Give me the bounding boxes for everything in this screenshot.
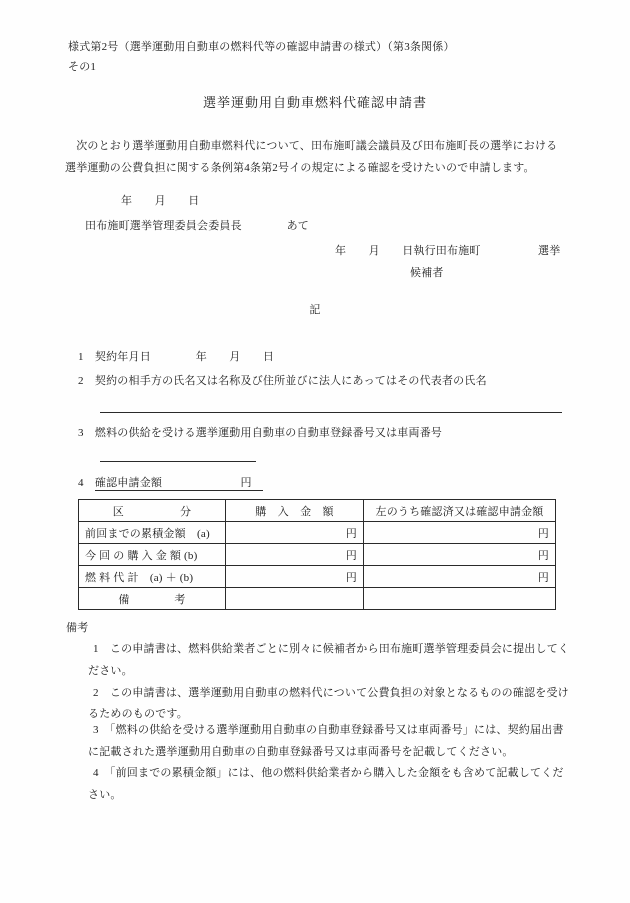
intro-paragraph-line-2: 選挙運動の公費負担に関する条例第4条第2号イの規定による確認を受けたいので申請し… <box>65 162 535 174</box>
note-2-line-1: 2 この申請書は、選挙運動用自動車の燃料代について公費負担の対象となるものの確認… <box>93 687 569 699</box>
note-2-line-2: るためのものです。 <box>88 708 188 720</box>
row-label-fuel-total: 燃 料 代 計 (a) ＋ (b) <box>79 566 226 588</box>
record-marker: 記 <box>0 304 630 316</box>
cell-yen: 円 <box>364 544 556 566</box>
election-suffix-label: 選挙 <box>538 245 560 257</box>
cell-yen: 円 <box>364 566 556 588</box>
notes-heading: 備考 <box>66 622 88 634</box>
item4-number: 4 <box>78 477 95 489</box>
item-vehicle-number: 3 燃料の供給を受ける選挙運動用自動車の自動車登録番号又は車両番号 <box>78 427 442 439</box>
intro-paragraph-line-1: 次のとおり選挙運動用自動車燃料代について、田布施町議会議員及び田布施町長の選挙に… <box>65 140 557 152</box>
header-purchase-amount: 購 入 金 額 <box>226 500 364 522</box>
note-1-line-1: 1 この申請書は、燃料供給業者ごとに別々に候補者から田布施町選挙管理委員会に提出… <box>93 643 569 655</box>
table-row: 前回までの累積金額 (a) 円 円 <box>79 522 556 544</box>
row-label-remarks: 備 考 <box>79 588 226 610</box>
addressee-line: 田布施町選挙管理委員会委員長 あて <box>85 220 309 232</box>
form-part-line: その1 <box>68 61 96 73</box>
item-contract-date: 1 契約年月日 年 月 日 <box>78 351 274 363</box>
row-label-current-purchase: 今 回 の 購 入 金 額 (b) <box>79 544 226 566</box>
item4-amount-field: 確認申請金額 円 <box>95 477 263 491</box>
cell-yen: 円 <box>226 522 364 544</box>
item3-answer-line <box>100 461 256 462</box>
item-contract-party: 2 契約の相手方の氏名又は名称及び住所並びに法人にあってはその代表者の氏名 <box>78 375 487 387</box>
note-3-line-1: 3 「燃料の供給を受ける選挙運動用自動車の自動車登録番号又は車両番号」には、契約… <box>93 724 564 736</box>
note-1-line-2: ださい。 <box>88 665 133 677</box>
document-title: 選挙運動用自動車燃料代確認申請書 <box>0 97 630 109</box>
cell-empty <box>226 588 364 610</box>
cell-yen: 円 <box>226 544 364 566</box>
form-number-line: 様式第2号（選挙運動用自動車の燃料代等の確認申請書の様式）（第3条関係） <box>68 41 455 53</box>
application-date-blank: 年 月 日 <box>121 195 199 207</box>
item-confirmation-amount: 4 確認申請金額 円 <box>78 477 263 489</box>
cell-yen: 円 <box>226 566 364 588</box>
item2-answer-line <box>100 412 562 413</box>
cell-empty <box>364 588 556 610</box>
table-row: 今 回 の 購 入 金 額 (b) 円 円 <box>79 544 556 566</box>
table-header-row: 区 分 購 入 金 額 左のうち確認済又は確認申請金額 <box>79 500 556 522</box>
header-category: 区 分 <box>79 500 226 522</box>
election-date-line: 年 月 日執行田布施町 <box>335 245 481 257</box>
note-4-line-1: 4 「前回までの累積金額」には、他の燃料供給業者から購入した金額をも含めて記載し… <box>93 767 564 779</box>
table-remarks-row: 備 考 <box>79 588 556 610</box>
fuel-cost-table: 区 分 購 入 金 額 左のうち確認済又は確認申請金額 前回までの累積金額 (a… <box>78 499 556 610</box>
note-3-line-2: に記載された選挙運動用自動車の自動車登録番号又は車両番号を記載してください。 <box>88 746 514 758</box>
note-4-line-2: さい。 <box>88 789 122 801</box>
header-confirmed-amount: 左のうち確認済又は確認申請金額 <box>364 500 556 522</box>
candidate-label: 候補者 <box>410 267 444 279</box>
cell-yen: 円 <box>364 522 556 544</box>
row-label-previous-total: 前回までの累積金額 (a) <box>79 522 226 544</box>
form-document-page: 様式第2号（選挙運動用自動車の燃料代等の確認申請書の様式）（第3条関係） その1… <box>0 0 630 903</box>
table-row: 燃 料 代 計 (a) ＋ (b) 円 円 <box>79 566 556 588</box>
